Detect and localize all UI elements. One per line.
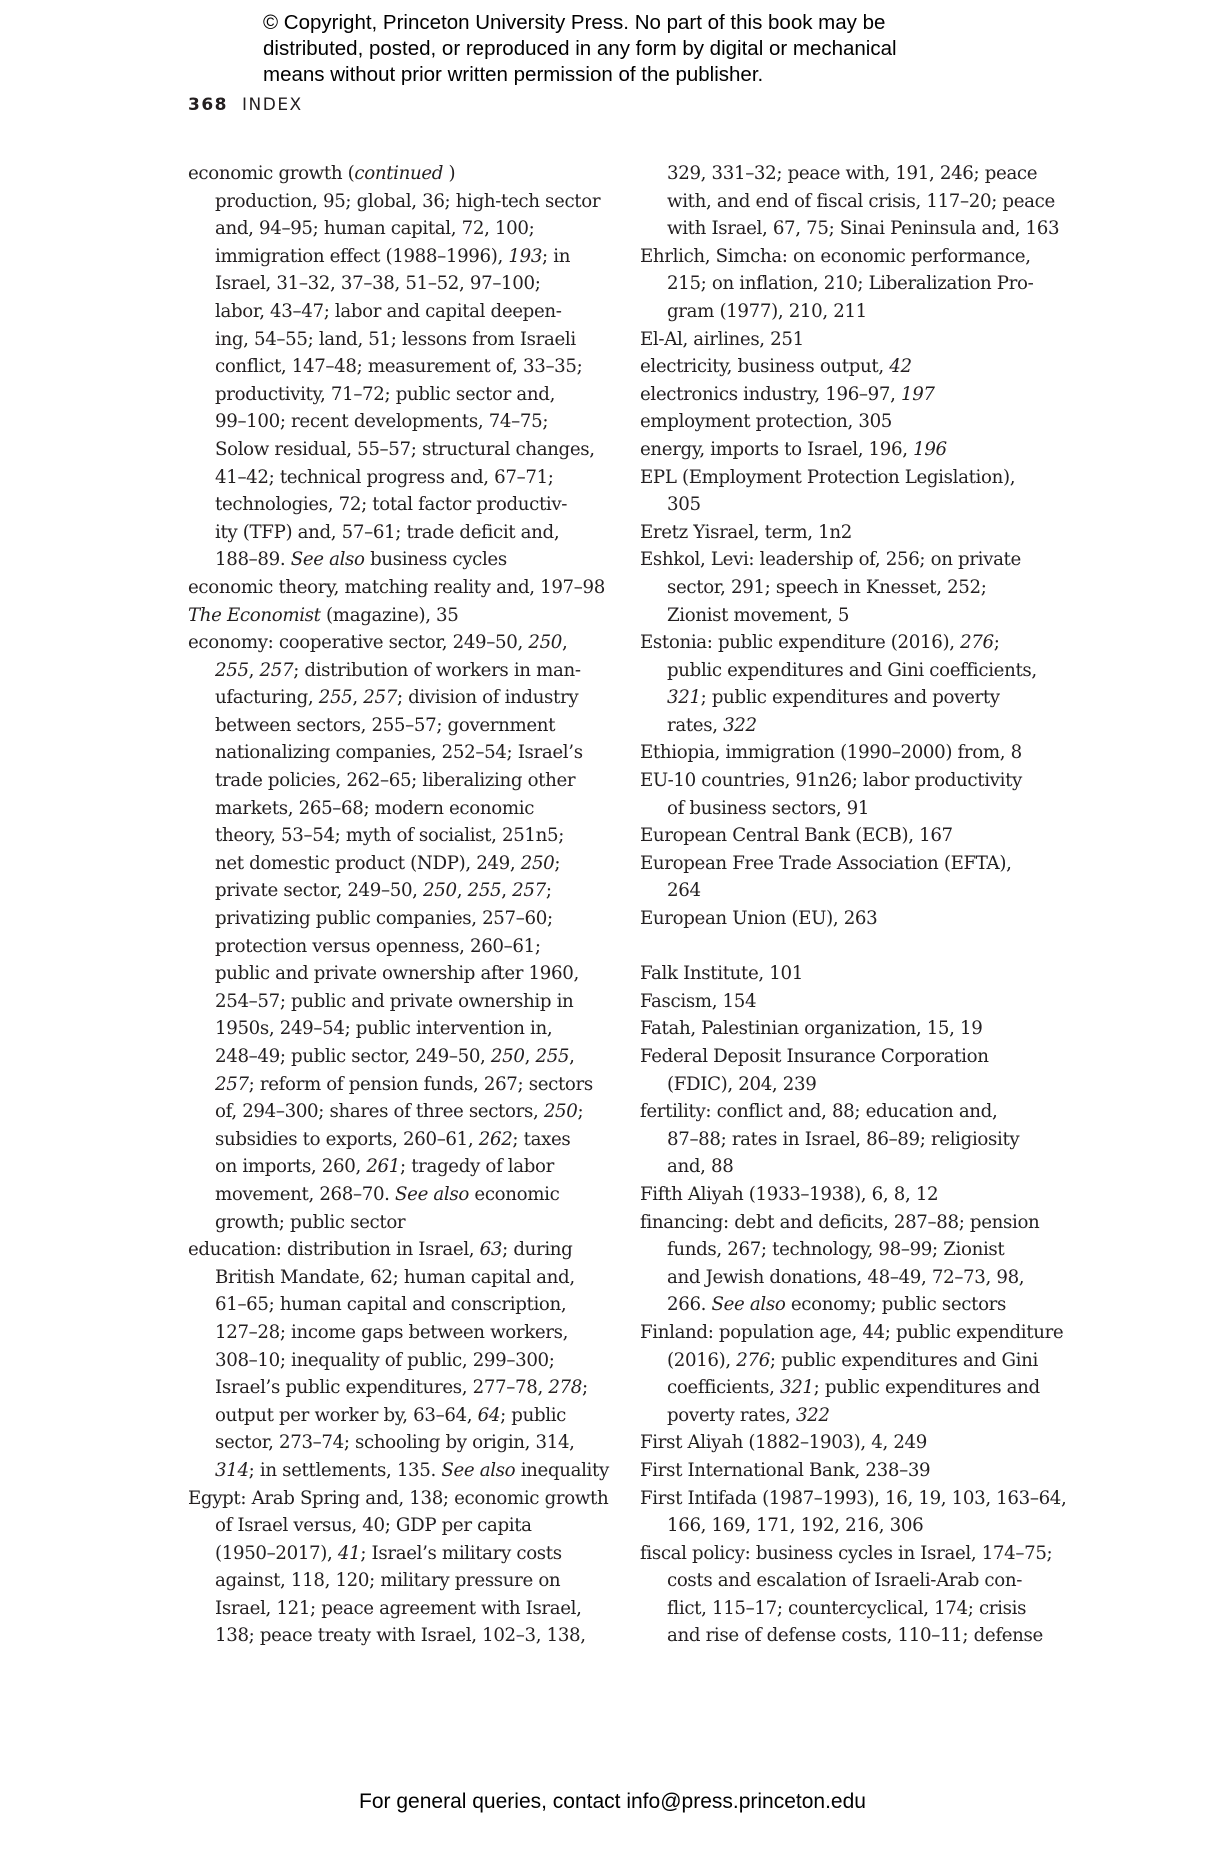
text: sector, 273–74; schooling by origin, 314… [215,1432,575,1453]
index-subline: 314; in settlements, 135. See also inequ… [188,1457,608,1485]
text: British Mandate, 62; human capital and, [215,1267,575,1288]
text: flict, 115–17; countercyclical, 174; cri… [667,1598,1026,1619]
index-entry: Fatah, Palestinian organization, 15, 19 [640,1015,1060,1043]
index-headword-line: economy: cooperative sector, 249–50, 250… [188,629,608,657]
text: Fatah, Palestinian organization, 15, 19 [640,1018,982,1039]
italic-text: 250 [528,632,562,653]
index-subline: protection versus openness, 260–61; [188,933,608,961]
index-subline: 255, 257; distribution of workers in man… [188,657,608,685]
index-entry: European Free Trade Association (EFTA),2… [640,850,1060,905]
text: labor, 43–47; labor and capital deepen- [215,301,562,322]
italic-text: See also [395,1184,469,1205]
text: movement, 268–70. [215,1184,395,1205]
index-entry: First International Bank, 238–39 [640,1457,1060,1485]
italic-text: 250 [544,1101,578,1122]
index-subline: and, 88 [640,1153,1060,1181]
index-subline: immigration effect (1988–1996), 193; in [188,243,608,271]
italic-text: 197 [901,384,935,405]
index-entry: financing: debt and deficits, 287–88; pe… [640,1209,1060,1319]
italic-text: 321 [780,1377,814,1398]
text: privatizing public companies, 257–60; [215,908,553,929]
text: 215; on inflation, 210; Liberalization P… [667,273,1033,294]
italic-text: 276 [736,1350,770,1371]
text: employment protection, 305 [640,411,892,432]
text: fiscal policy: business cycles in Israel… [640,1543,1052,1564]
text: ; [577,1101,583,1122]
index-headword-line: Ehrlich, Simcha: on economic performance… [640,243,1060,271]
italic-text: 63 [480,1239,502,1260]
text: public expenditures and Gini coefficient… [667,660,1037,681]
text: 166, 169, 171, 192, 216, 306 [667,1515,923,1536]
index-subline: trade policies, 262–65; liberalizing oth… [188,767,608,795]
index-entry: First Intifada (1987–1993), 16, 19, 103,… [640,1485,1060,1540]
text: and Jewish donations, 48–49, 72–73, 98, [667,1267,1024,1288]
text: output per worker by, 63–64, [215,1405,478,1426]
index-subline: poverty rates, 322 [640,1402,1060,1430]
index-subline: 166, 169, 171, 192, 216, 306 [640,1512,1060,1540]
index-subline: (FDIC), 204, 239 [640,1071,1060,1099]
index-entry: Federal Deposit Insurance Corporation(FD… [640,1043,1060,1098]
text: of, 294–300; shares of three sectors, [215,1101,544,1122]
index-headword-line: Finland: population age, 44; public expe… [640,1319,1060,1347]
text: sector, 291; speech in Knesset, 252; [667,577,987,598]
index-headword-line: fertility: conflict and, 88; education a… [640,1098,1060,1126]
index-entry: electronics industry, 196–97, 197 [640,381,1060,409]
text: 248–49; public sector, 249–50, [215,1046,491,1067]
text: against, 118, 120; military pressure on [215,1570,560,1591]
index-headword-line: employment protection, 305 [640,408,1060,436]
index-entry: EU-10 countries, 91n26; labor productivi… [640,767,1060,822]
text: European Free Trade Association (EFTA), [640,853,1012,874]
index-subline: net domestic product (NDP), 249, 250; [188,850,608,878]
italic-text: See also [291,549,365,570]
index-subline: growth; public sector [188,1209,608,1237]
index-headword-line: financing: debt and deficits, 287–88; pe… [640,1209,1060,1237]
index-entry: Eshkol, Levi: leadership of, 256; on pri… [640,546,1060,629]
text: , [501,880,512,901]
index-headword-line: Fatah, Palestinian organization, 15, 19 [640,1015,1060,1043]
index-headword-line: Eshkol, Levi: leadership of, 256; on pri… [640,546,1060,574]
text: Estonia: public expenditure (2016), [640,632,960,653]
index-entry: Estonia: public expenditure (2016), 276;… [640,629,1060,739]
index-subline: of, 294–300; shares of three sectors, 25… [188,1098,608,1126]
italic-text: 262 [479,1129,513,1150]
index-subline: funds, 267; technology, 98–99; Zionist [640,1236,1060,1264]
text: coefficients, [667,1377,780,1398]
index-entry: Fifth Aliyah (1933–1938), 6, 8, 12 [640,1181,1060,1209]
index-subline: with Israel, 67, 75; Sinai Peninsula and… [640,215,1060,243]
text: (FDIC), 204, 239 [667,1074,816,1095]
text: gram (1977), 210, 211 [667,301,867,322]
index-headword-line: European Central Bank (ECB), 167 [640,822,1060,850]
index-entry: employment protection, 305 [640,408,1060,436]
text: ; [582,1377,588,1398]
index-subline: Israel, 121; peace agreement with Israel… [188,1595,608,1623]
index-entry: economic growth (continued )production, … [188,160,608,574]
text: and, 94–95; human capital, 72, 100; [215,218,534,239]
text: ; [554,853,560,874]
index-entry: fertility: conflict and, 88; education a… [640,1098,1060,1181]
text: ity (TFP) and, 57–61; trade deficit and, [215,522,559,543]
index-headword-line: Estonia: public expenditure (2016), 276; [640,629,1060,657]
index-subline: 254–57; public and private ownership in [188,988,608,1016]
italic-text: 250 [491,1046,525,1067]
text: , [569,1046,574,1067]
copyright-line: © Copyright, Princeton University Press.… [263,10,1023,36]
copyright-line: distributed, posted, or reproduced in an… [263,36,1023,62]
italic-text: 261 [366,1156,400,1177]
index-headword-line: economic growth (continued ) [188,160,608,188]
index-subline: and, 94–95; human capital, 72, 100; [188,215,608,243]
italic-text: 257 [363,687,397,708]
index-entry: economic theory, matching reality and, 1… [188,574,608,602]
running-title: INDEX [242,95,303,115]
index-subline: (1950–2017), 41; Israel’s military costs [188,1540,608,1568]
text: immigration effect (1988–1996), [215,246,508,267]
index-subline: 329, 331–32; peace with, 191, 246; peace [640,160,1060,188]
text: ; Israel’s military costs [360,1543,561,1564]
text: public and private ownership after 1960, [215,963,579,984]
index-headword-line: economic theory, matching reality and, 1… [188,574,608,602]
index-entry: Ehrlich, Simcha: on economic performance… [640,243,1060,326]
text: net domestic product (NDP), 249, [215,853,521,874]
index-entry: 329, 331–32; peace with, 191, 246; peace… [640,160,1060,243]
page-number: 368 [188,95,228,115]
index-subline: public expenditures and Gini coefficient… [640,657,1060,685]
text: Ethiopia, immigration (1990–2000) from, … [640,742,1022,763]
text: rates, [667,715,723,736]
index-entry: Egypt: Arab Spring and, 138; economic gr… [188,1485,608,1651]
text: ; taxes [512,1129,570,1150]
index-subline: 257; reform of pension funds, 267; secto… [188,1071,608,1099]
index-subline: markets, 265–68; modern economic [188,795,608,823]
index-entry: Falk Institute, 101 [640,960,1060,988]
index-subline: 138; peace treaty with Israel, 102–3, 13… [188,1622,608,1650]
text: trade policies, 262–65; liberalizing oth… [215,770,575,791]
index-headword-line: EPL (Employment Protection Legislation), [640,464,1060,492]
text: First Aliyah (1882–1903), 4, 249 [640,1432,927,1453]
text: Finland: population age, 44; public expe… [640,1322,1063,1343]
index-subline: technologies, 72; total factor productiv… [188,491,608,519]
text: protection versus openness, 260–61; [215,936,541,957]
text: with, and end of fiscal crisis, 117–20; … [667,191,1055,212]
text: Fifth Aliyah (1933–1938), 6, 8, 12 [640,1184,938,1205]
text: electronics industry, 196–97, [640,384,901,405]
italic-text: 42 [889,356,911,377]
text: Fascism, 154 [640,991,756,1012]
index-subline: privatizing public companies, 257–60; [188,905,608,933]
text: and, 88 [667,1156,733,1177]
index-subline: theory, 53–54; myth of socialist, 251n5; [188,822,608,850]
index-subline: ufacturing, 255, 257; division of indust… [188,684,608,712]
index-subline: private sector, 249–50, 250, 255, 257; [188,877,608,905]
text: ) [443,163,455,184]
index-subline: and rise of defense costs, 110–11; defen… [640,1622,1060,1650]
text: inequality [515,1460,609,1481]
index-subline: conflict, 147–48; measurement of, 33–35; [188,353,608,381]
italic-text: See also [441,1460,515,1481]
index-entry: Fascism, 154 [640,988,1060,1016]
index-subline: and Jewish donations, 48–49, 72–73, 98, [640,1264,1060,1292]
italic-text: 255 [319,687,353,708]
text: , [249,660,260,681]
index-subline: ity (TFP) and, 57–61; trade deficit and, [188,519,608,547]
index-entry: education: distribution in Israel, 63; d… [188,1236,608,1484]
text: funds, 267; technology, 98–99; Zionist [667,1239,1004,1260]
text: 264 [667,880,701,901]
index-subline: sector, 273–74; schooling by origin, 314… [188,1429,608,1457]
index-subline: with, and end of fiscal crisis, 117–20; … [640,188,1060,216]
text: Ehrlich, Simcha: on economic performance… [640,246,1031,267]
text: poverty rates, [667,1405,796,1426]
text: Zionist movement, 5 [667,605,849,626]
index-subline: on imports, 260, 261; tragedy of labor [188,1153,608,1181]
index-headword-line: electronics industry, 196–97, 197 [640,381,1060,409]
text: EU-10 countries, 91n26; labor productivi… [640,770,1022,791]
text: growth; public sector [215,1212,405,1233]
italic-text: 314 [215,1460,249,1481]
text: El-Al, airlines, 251 [640,329,804,350]
text: between sectors, 255–57; government [215,715,555,736]
italic-text: 255 [215,660,249,681]
index-headword-line: The Economist (magazine), 35 [188,602,608,630]
text: (magazine), 35 [321,605,459,626]
text: costs and escalation of Israeli-Arab con… [667,1570,1022,1591]
text: subsidies to exports, 260–61, [215,1129,479,1150]
index-headword-line: Falk Institute, 101 [640,960,1060,988]
text: , [562,632,567,653]
text: economic [469,1184,559,1205]
index-subline: 99–100; recent developments, 74–75; [188,408,608,436]
index-headword-line: Ethiopia, immigration (1990–2000) from, … [640,739,1060,767]
text: ; [546,880,552,901]
italic-text: 257 [215,1074,249,1095]
text: European Union (EU), 263 [640,908,877,929]
copyright-notice: © Copyright, Princeton University Press.… [263,10,1023,88]
copyright-line: means without prior written permission o… [263,62,1023,88]
index-headword-line: El-Al, airlines, 251 [640,326,1060,354]
text: ufacturing, [215,687,319,708]
index-headword-line: education: distribution in Israel, 63; d… [188,1236,608,1264]
index-subline: 264 [640,877,1060,905]
index-subline: between sectors, 255–57; government [188,712,608,740]
text: conflict, 147–48; measurement of, 33–35; [215,356,582,377]
italic-text: continued [354,163,443,184]
index-subline: Israel, 31–32, 37–38, 51–52, 97–100; [188,270,608,298]
text: Falk Institute, 101 [640,963,803,984]
index-subline: output per worker by, 63–64, 64; public [188,1402,608,1430]
index-entry: Eretz Yisrael, term, 1n2 [640,519,1060,547]
index-entry: First Aliyah (1882–1903), 4, 249 [640,1429,1060,1457]
index-subline: gram (1977), 210, 211 [640,298,1060,326]
text: of business sectors, 91 [667,798,869,819]
italic-text: 250 [423,880,457,901]
index-subline: against, 118, 120; military pressure on [188,1567,608,1595]
text: ; public expenditures and [814,1377,1040,1398]
text: Federal Deposit Insurance Corporation [640,1046,989,1067]
text: 99–100; recent developments, 74–75; [215,411,548,432]
text: ; during [502,1239,572,1260]
italic-text: 278 [548,1377,582,1398]
index-entry: electricity, business output, 42 [640,353,1060,381]
text: markets, 265–68; modern economic [215,798,534,819]
index-entry: economy: cooperative sector, 249–50, 250… [188,629,608,1236]
text: European Central Bank (ECB), 167 [640,825,953,846]
italic-text: 322 [796,1405,830,1426]
italic-text: 321 [667,687,701,708]
italic-text: See also [712,1294,786,1315]
index-subline: rates, 322 [640,712,1060,740]
italic-text: 255 [468,880,502,901]
text: nationalizing companies, 252–54; Israel’… [215,742,583,763]
text: financing: debt and deficits, 287–88; pe… [640,1212,1039,1233]
index-subline: 41–42; technical progress and, 67–71; [188,464,608,492]
text: ; in [542,246,570,267]
text: ; public expenditures and poverty [701,687,1000,708]
text: , [457,880,468,901]
italic-text: 64 [478,1405,500,1426]
italic-text: 322 [723,715,757,736]
text: economic theory, matching reality and, 1… [188,577,605,598]
text: Eshkol, Levi: leadership of, 256; on pri… [640,549,1021,570]
text: ; reform of pension funds, 267; sectors [249,1074,593,1095]
italic-text: The Economist [188,605,321,626]
index-headword-line: European Free Trade Association (EFTA), [640,850,1060,878]
index-entry: European Central Bank (ECB), 167 [640,822,1060,850]
index-subline: 1950s, 249–54; public intervention in, [188,1015,608,1043]
text: 127–28; income gaps between workers, [215,1322,568,1343]
text: ; tragedy of labor [400,1156,554,1177]
index-subline: of Israel versus, 40; GDP per capita [188,1512,608,1540]
text: 254–57; public and private ownership in [215,991,573,1012]
text: theory, 53–54; myth of socialist, 251n5; [215,825,564,846]
index-subline: (2016), 276; public expenditures and Gin… [640,1347,1060,1375]
italic-text: 41 [338,1543,360,1564]
index-subline: British Mandate, 62; human capital and, [188,1264,608,1292]
text: Solow residual, 55–57; structural change… [215,439,595,460]
text: of Israel versus, 40; GDP per capita [215,1515,532,1536]
index-entry: energy, imports to Israel, 196, 196 [640,436,1060,464]
index-headword-line: energy, imports to Israel, 196, 196 [640,436,1060,464]
text: 61–65; human capital and conscription, [215,1294,566,1315]
text: business cycles [365,549,507,570]
letter-group-gap [640,933,1060,961]
text: EPL (Employment Protection Legislation), [640,467,1015,488]
text: production, 95; global, 36; high-tech se… [215,191,600,212]
text: 308–10; inequality of public, 299–300; [215,1350,555,1371]
text: ; public [500,1405,566,1426]
text: , [525,1046,536,1067]
index-subline: labor, 43–47; labor and capital deepen- [188,298,608,326]
index-headword-line: Egypt: Arab Spring and, 138; economic gr… [188,1485,608,1513]
index-subline: Zionist movement, 5 [640,602,1060,630]
index-subline: Solow residual, 55–57; structural change… [188,436,608,464]
text: First International Bank, 238–39 [640,1460,930,1481]
index-entry: EPL (Employment Protection Legislation),… [640,464,1060,519]
text: 188–89. [215,549,291,570]
text: 138; peace treaty with Israel, 102–3, 13… [215,1625,586,1646]
text: Eretz Yisrael, term, 1n2 [640,522,852,543]
italic-text: 257 [260,660,294,681]
text: ; distribution of workers in man- [293,660,580,681]
index-subline: coefficients, 321; public expenditures a… [640,1374,1060,1402]
text: economic growth ( [188,163,354,184]
index-headword-line: Federal Deposit Insurance Corporation [640,1043,1060,1071]
index-subline: productivity, 71–72; public sector and, [188,381,608,409]
index-headword-line: First International Bank, 238–39 [640,1457,1060,1485]
index-subline: public and private ownership after 1960, [188,960,608,988]
index-subline: Israel’s public expenditures, 277–78, 27… [188,1374,608,1402]
index-column-left: economic growth (continued )production, … [188,160,608,1650]
text: energy, imports to Israel, 196, [640,439,913,460]
text: ; in settlements, 135. [249,1460,442,1481]
italic-text: 276 [960,632,994,653]
text: productivity, 71–72; public sector and, [215,384,555,405]
index-subline: movement, 268–70. See also economic [188,1181,608,1209]
italic-text: 250 [521,853,555,874]
text: (1950–2017), [215,1543,338,1564]
index-headword-line: First Intifada (1987–1993), 16, 19, 103,… [640,1485,1060,1513]
index-entry: fiscal policy: business cycles in Israel… [640,1540,1060,1650]
text: Israel, 121; peace agreement with Israel… [215,1598,582,1619]
text: ing, 54–55; land, 51; lessons from Israe… [215,329,576,350]
index-subline: sector, 291; speech in Knesset, 252; [640,574,1060,602]
text: 266. [667,1294,712,1315]
text: ; division of industry [397,687,578,708]
running-head: 368INDEX [188,95,303,115]
index-subline: 248–49; public sector, 249–50, 250, 255, [188,1043,608,1071]
text: 1950s, 249–54; public intervention in, [215,1018,552,1039]
index-headword-line: European Union (EU), 263 [640,905,1060,933]
text: ; [994,632,1000,653]
text: Israel’s public expenditures, 277–78, [215,1377,548,1398]
text: on imports, 260, [215,1156,366,1177]
text: private sector, 249–50, [215,880,423,901]
index-headword-line: Fifth Aliyah (1933–1938), 6, 8, 12 [640,1181,1060,1209]
index-subline: 215; on inflation, 210; Liberalization P… [640,270,1060,298]
italic-text: 255 [535,1046,569,1067]
index-entry: Finland: population age, 44; public expe… [640,1319,1060,1429]
index-entry: European Union (EU), 263 [640,905,1060,933]
index-headword-line: EU-10 countries, 91n26; labor productivi… [640,767,1060,795]
text: ; public expenditures and Gini [770,1350,1038,1371]
italic-text: 196 [913,439,947,460]
text: 87–88; rates in Israel, 86–89; religiosi… [667,1129,1019,1150]
text: Egypt: Arab Spring and, 138; economic gr… [188,1488,608,1509]
index-entry: El-Al, airlines, 251 [640,326,1060,354]
index-subline: 305 [640,491,1060,519]
index-headword-line: electricity, business output, 42 [640,353,1060,381]
index-subline: 188–89. See also business cycles [188,546,608,574]
text: economy: cooperative sector, 249–50, [188,632,528,653]
italic-text: 193 [508,246,542,267]
index-subline: of business sectors, 91 [640,795,1060,823]
index-subline: 321; public expenditures and poverty [640,684,1060,712]
text: First Intifada (1987–1993), 16, 19, 103,… [640,1488,1066,1509]
text: (2016), [667,1350,736,1371]
italic-text: 257 [512,880,546,901]
index-headword-line: First Aliyah (1882–1903), 4, 249 [640,1429,1060,1457]
index-subline: flict, 115–17; countercyclical, 174; cri… [640,1595,1060,1623]
index-column-right: 329, 331–32; peace with, 191, 246; peace… [640,160,1060,1650]
index-subline: 61–65; human capital and conscription, [188,1291,608,1319]
text: technologies, 72; total factor productiv… [215,494,567,515]
text: 329, 331–32; peace with, 191, 246; peace [667,163,1037,184]
index-subline: production, 95; global, 36; high-tech se… [188,188,608,216]
text: electricity, business output, [640,356,889,377]
index-subline: 127–28; income gaps between workers, [188,1319,608,1347]
text: and rise of defense costs, 110–11; defen… [667,1625,1043,1646]
